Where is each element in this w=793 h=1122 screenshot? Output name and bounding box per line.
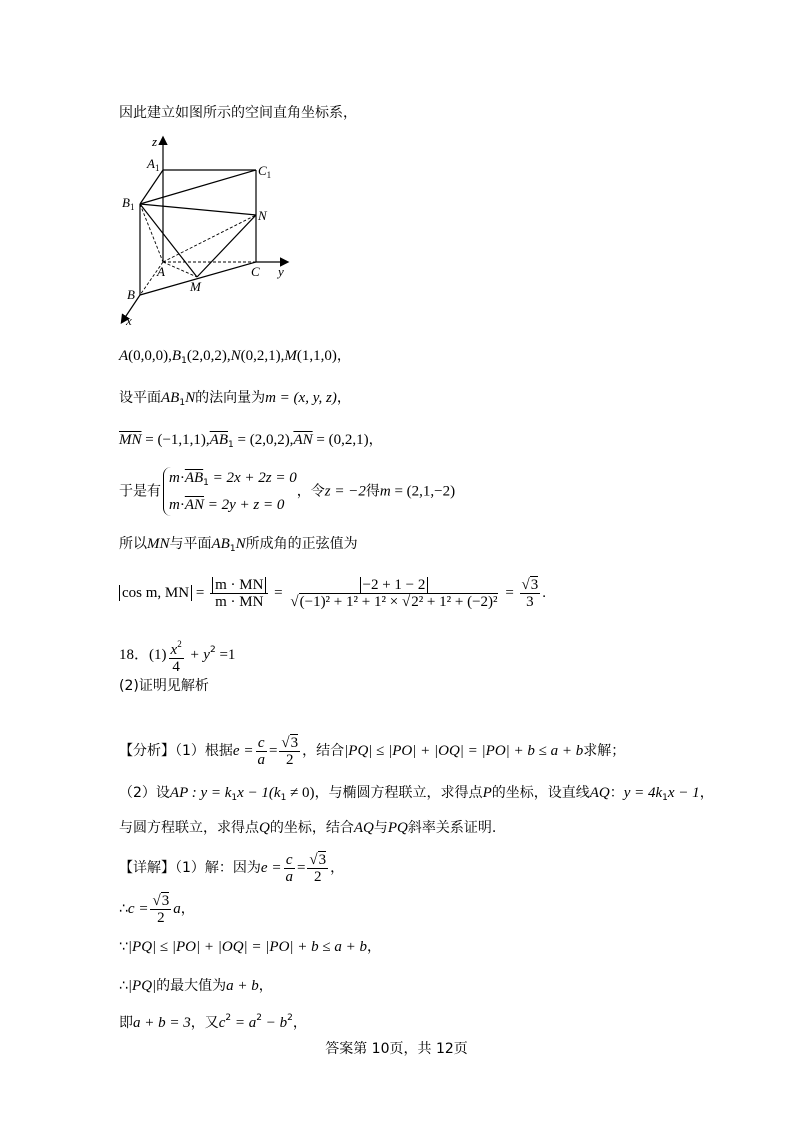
- label-C1: C1: [258, 163, 271, 180]
- coordinate-diagram: z A1 C1 B1 N A C y M B x: [110, 130, 310, 330]
- page-footer: 答案第 10页，共 12页: [0, 1038, 793, 1058]
- system-line: 于是有 m·AB1 = 2x + 2z = 0 m·AN = 2y + z = …: [119, 467, 455, 516]
- q18-part1: 18．(1)x24 + y2 =1: [119, 632, 235, 675]
- detail-line3: ∵|PQ| ≤ |PO| + |OQ| = |PO| + b ≤ a + b，: [119, 937, 381, 957]
- coordinates-line: A(0,0,0),B1(2,0,2),N(0,2,1),M(1,1,0)，: [119, 346, 351, 371]
- label-N: N: [257, 208, 268, 223]
- detail-line2: ∴c =√32a，: [119, 891, 195, 927]
- label-A: A: [156, 264, 165, 279]
- vectors-line: MN = (−1,1,1),AB1 = (2,0,2),AN = (0,2,1)…: [119, 430, 383, 455]
- cos-formula: cos m, MN = m · MNm · MN = −2 + 1 − 2√(−…: [119, 568, 546, 618]
- detail-line5: 即a + b = 3，又c2 = a2 − b2，: [119, 1008, 307, 1033]
- label-M: M: [189, 279, 202, 294]
- equation-system: m·AB1 = 2x + 2z = 0 m·AN = 2y + z = 0: [163, 467, 297, 516]
- label-z: z: [151, 134, 157, 149]
- label-x: x: [125, 313, 132, 328]
- label-y: y: [276, 264, 284, 279]
- label-B1: B1: [122, 195, 134, 212]
- label-A1: A1: [146, 156, 159, 173]
- label-B: B: [127, 287, 135, 302]
- q18-part2: (2)证明见解析: [119, 676, 209, 696]
- analysis-part1: 【分析】（1）根据e =ca=√32，结合|PQ| ≤ |PO| + |OQ| …: [119, 733, 625, 769]
- analysis-part2-line1: （2）设AP : y = k1x − 1(k1 ≠ 0)，与椭圆方程联立，求得点…: [119, 783, 714, 808]
- intro-text: 因此建立如图所示的空间直角坐标系，: [119, 103, 357, 123]
- detail-line4: ∴|PQ|的最大值为a + b，: [119, 976, 273, 996]
- analysis-part2-line2: 与圆方程联立，求得点Q的坐标，结合AQ与PQ斜率关系证明.: [119, 818, 496, 838]
- normal-vector-line: 设平面AB1N的法向量为m = (x, y, z)，: [119, 388, 351, 413]
- sine-intro-line: 所以MN与平面AB1N所成角的正弦值为: [119, 534, 358, 559]
- detail-line1: 【详解】（1）解：因为e =ca=√32，: [119, 850, 344, 886]
- label-C: C: [251, 264, 260, 279]
